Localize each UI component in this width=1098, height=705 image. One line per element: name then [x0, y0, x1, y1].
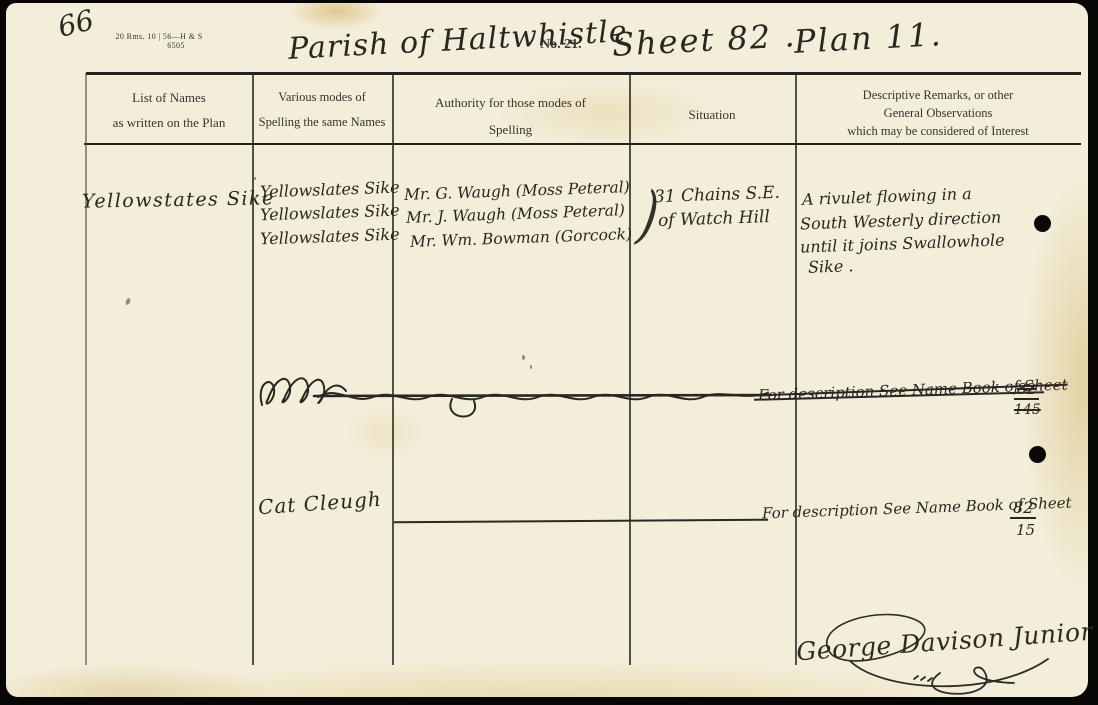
entry1-remark-line3: until it joins Swallowhole	[800, 230, 1005, 256]
column-divider-4	[795, 73, 797, 665]
table-left-border	[85, 73, 87, 665]
punch-hole-bottom	[1029, 446, 1046, 463]
entry1-authority-1: Mr. G. Waugh (Moss Peteral)	[404, 178, 630, 204]
entry1-spelling-1: Yellowslates Sike	[260, 178, 400, 202]
column-divider-1	[252, 73, 254, 665]
entry1-plan-name: Yellowstates Sike	[82, 187, 275, 212]
entry3-filler-line	[394, 519, 768, 524]
colheader-remarks-line3: which may be considered of Interest	[797, 124, 1079, 139]
imprint-line1: 20 Rms. 10 | 56—H & S	[94, 32, 224, 41]
entry1-authority-3: Mr. Wm. Bowman (Gorcock)	[410, 225, 633, 251]
sheet-script: Sheet 82 .	[611, 16, 797, 64]
table-header-rule	[84, 143, 1081, 145]
entry3-spelling: Cat Cleugh	[257, 487, 382, 520]
colheader-authority-line2: Spelling	[394, 122, 627, 138]
struck-fraction-top: 82	[1014, 380, 1039, 400]
punch-hole-top	[1034, 215, 1051, 232]
struck-entry-scribble	[256, 367, 774, 423]
folio-number: 66	[55, 3, 98, 44]
colheader-spelling-line2: Spelling the same Names	[254, 115, 390, 130]
colheader-authority-line1: Authority for those modes of	[394, 95, 627, 111]
entry1-remark-line2: South Westerly direction	[800, 207, 1002, 233]
ink-speck	[530, 365, 532, 369]
colheader-remarks-line1: Descriptive Remarks, or other	[797, 88, 1079, 103]
entry1-spelling-2: Yellowslates Sike	[260, 201, 400, 225]
colheader-spelling-line1: Various modes of	[254, 90, 390, 105]
ink-speck	[125, 298, 131, 306]
table-top-rule	[86, 72, 1081, 75]
ink-speck	[522, 355, 525, 360]
document-page: 66 20 Rms. 10 | 56—H & S 6505 Parish of …	[6, 3, 1088, 697]
entry1-remark-line4: Sike .	[808, 256, 854, 277]
entry1-authority-2: Mr. J. Waugh (Moss Peteral)	[406, 201, 625, 227]
entry3-fraction-top: 82	[1010, 498, 1036, 519]
number-label: No. 21.	[540, 37, 582, 53]
scanned-document: 66 20 Rms. 10 | 56—H & S 6505 Parish of …	[0, 0, 1098, 705]
ink-speck	[254, 177, 256, 180]
entry3-fraction-bottom: 15	[1016, 521, 1035, 539]
signature-underline-flourish	[844, 655, 1054, 701]
struck-fraction-bottom: 145	[1014, 402, 1041, 418]
colheader-remarks-line2: General Observations	[797, 106, 1079, 121]
entry1-spelling-3: Yellowslates Sike	[260, 225, 400, 249]
entry1-remark-line1: A rivulet flowing in a	[802, 184, 972, 209]
colheader-names-line1: List of Names	[88, 90, 250, 106]
printer-imprint: 20 Rms. 10 | 56—H & S 6505	[94, 32, 224, 50]
plan-script: Plan 11.	[793, 15, 943, 61]
entry1-situation-line1: 31 Chains S.E.	[654, 183, 781, 207]
entry1-situation-line2: of Watch Hill	[658, 207, 771, 231]
colheader-situation: Situation	[631, 107, 793, 123]
imprint-line2: 6505	[94, 41, 224, 50]
colheader-names-line2: as written on the Plan	[88, 115, 250, 131]
